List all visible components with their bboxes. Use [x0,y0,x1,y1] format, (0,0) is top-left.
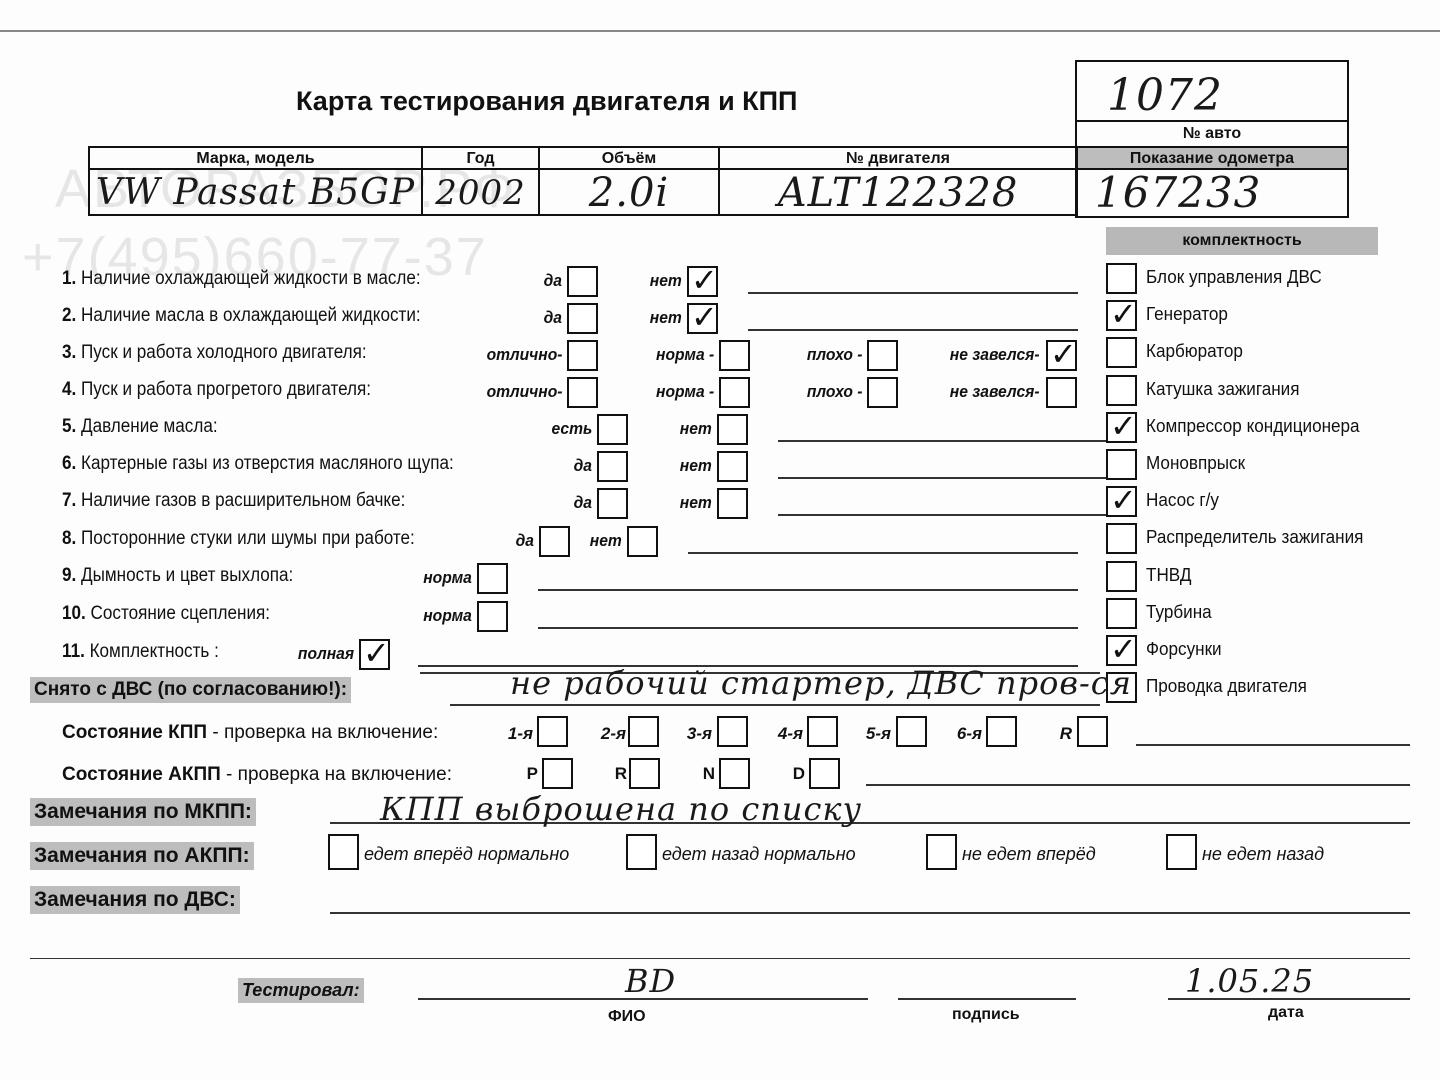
option-label: плохо - [806,382,862,402]
test-date[interactable]: 1.05.25 [1185,962,1314,1000]
option-checkbox[interactable] [1046,340,1077,371]
akpp-remarks-label: Замечания по АКПП: [30,842,254,870]
completeness-checkbox[interactable] [1106,412,1137,443]
gear-checkbox[interactable] [1077,716,1108,747]
question-7: 7. Наличие газов в расширительном бачке: [62,490,405,512]
question-6: 6. Картерные газы из отверстия масляного… [62,453,454,475]
engine-number-value[interactable]: ALT122328 [720,170,1076,216]
odometer-label: Показание одометра [1077,146,1347,170]
dvs-remarks-label: Замечания по ДВС: [30,886,240,914]
option-checkbox[interactable] [567,303,598,334]
option-checkbox[interactable] [597,488,628,519]
option-label: норма - [656,382,714,402]
notes-line[interactable] [538,627,1078,629]
option-checkbox[interactable] [1046,377,1077,408]
akpp-position-label: R [615,764,627,784]
option-label: нет [680,456,712,476]
option-label: норма [423,568,472,588]
kpp-label: Состояние КПП - проверка на включение: [62,722,438,744]
question-number: 8. [62,528,81,549]
gear-checkbox[interactable] [896,716,927,747]
auto-number-label: № авто [1077,120,1347,144]
akpp-position-checkbox[interactable] [542,758,573,789]
question-text: Комплектность : [90,641,219,662]
removed-line [450,704,1100,706]
option-label: не завелся- [950,345,1040,365]
volume-label: Объём [540,148,718,170]
completeness-checkbox[interactable] [1106,523,1137,554]
akpp-remark-checkbox[interactable] [1166,834,1197,870]
question-4: 4. Пуск и работа прогретого двигателя: [62,379,371,401]
gear-checkbox[interactable] [717,716,748,747]
question-5: 5. Давление масла: [62,416,218,438]
question-number: 9. [62,565,81,586]
question-number: 3. [62,342,81,363]
mkpp-remarks-value[interactable]: КПП выброшена по списку [380,790,862,828]
vehicle-header-table: Марка, модель VW Passat B5GP Год 2002 Об… [88,146,1078,216]
option-checkbox[interactable] [567,377,598,408]
question-text: Наличие газов в расширительном бачке: [81,490,405,511]
gear-label: R [1060,724,1072,744]
auto-info-box: 1072 № авто Показание одометра 167233 [1075,60,1349,218]
completeness-label: Генератор [1146,304,1228,325]
notes-line[interactable] [778,514,1106,516]
completeness-label: Турбина [1146,602,1212,623]
completeness-label: Распределитель зажигания [1146,527,1363,548]
question-text: Картерные газы из отверстия масляного щу… [81,453,454,474]
option-label: не завелся- [950,382,1040,402]
option-label: есть [551,419,592,439]
option-label: да [574,493,592,513]
removed-value[interactable]: не рабочий стартер, ДВС пров-ся [510,664,1132,702]
option-checkbox[interactable] [717,414,748,445]
option-label: да [516,531,534,551]
separator-line [30,958,1410,959]
completeness-label: Моновпрыск [1146,453,1245,474]
kpp-line [1136,744,1410,746]
akpp-position-label: D [793,764,805,784]
removed-label: Снято с ДВС (по согласованию!): [30,677,351,703]
gear-label: 3-я [687,724,712,744]
option-checkbox[interactable] [687,266,718,297]
notes-line[interactable] [748,329,1078,331]
gear-label: 1-я [508,724,533,744]
kpp-label-rest: - проверка на включение: [207,722,438,743]
question-10: 10. Состояние сцепления: [62,603,270,625]
notes-line[interactable] [778,440,1106,442]
option-checkbox[interactable] [477,563,508,594]
akpp-label-bold: Состояние АКПП [62,764,221,785]
engine-number-cell: № двигателя ALT122328 [720,148,1076,214]
option-label: норма - [656,345,714,365]
akpp-position-checkbox[interactable] [629,758,660,789]
page-title: Карта тестирования двигателя и КПП [296,86,797,117]
date-caption: дата [1268,1004,1304,1022]
completeness-checkbox[interactable] [1106,561,1137,592]
question-number: 2. [62,305,81,326]
option-checkbox[interactable] [687,303,718,334]
option-label: нет [680,493,712,513]
question-number: 11. [62,641,90,662]
option-label: полная [298,644,354,664]
akpp-remark-label: едет назад нормально [662,844,856,865]
volume-value[interactable]: 2.0i [540,170,718,216]
top-rule [0,30,1440,32]
dvs-remarks-line[interactable] [330,912,1410,914]
completeness-checkbox[interactable] [1106,263,1137,294]
year-value[interactable]: 2002 [423,170,538,216]
option-label: да [544,271,562,291]
question-text: Давление масла: [81,416,218,437]
question-number: 1. [62,268,81,289]
akpp-position-label: N [703,764,715,784]
notes-line[interactable] [778,477,1106,479]
option-label: отлично- [486,345,562,365]
notes-line[interactable] [538,589,1078,591]
option-label: нет [650,308,682,328]
completeness-label: ТНВД [1146,565,1191,586]
question-number: 4. [62,379,81,400]
option-label: плохо - [806,345,862,365]
question-text: Состояние сцепления: [91,603,270,624]
option-checkbox[interactable] [717,488,748,519]
mkpp-remarks-label: Замечания по МКПП: [30,798,256,826]
question-9: 9. Дымность и цвет выхлопа: [62,565,293,587]
completeness-label: Компрессор кондиционера [1146,416,1360,437]
question-3: 3. Пуск и работа холодного двигателя: [62,342,367,364]
akpp-line [866,784,1410,786]
akpp-position-label: P [527,764,538,784]
name-caption: ФИО [608,1008,646,1026]
question-text: Пуск и работа прогретого двигателя: [81,379,371,400]
engine-number-label: № двигателя [720,148,1076,170]
completeness-label: Форсунки [1146,639,1222,660]
option-checkbox[interactable] [627,526,658,557]
question-11: 11. Комплектность : [62,641,219,663]
akpp-label: Состояние АКПП - проверка на включение: [62,764,452,786]
question-1: 1. Наличие охлаждающей жидкости в масле: [62,268,421,290]
question-text: Дымность и цвет выхлопа: [81,565,293,586]
completeness-checkbox[interactable] [1106,486,1137,517]
akpp-remark-label: не едет вперёд [962,844,1096,865]
question-number: 10. [62,603,91,624]
question-text: Наличие масла в охлаждающей жидкости: [81,305,421,326]
question-number: 5. [62,416,81,437]
question-text: Посторонние стуки или шумы при работе: [81,528,415,549]
option-checkbox[interactable] [567,266,598,297]
option-label: норма [423,606,472,626]
auto-number[interactable]: 1072 [1107,70,1223,121]
completeness-label: Проводка двигателя [1146,676,1307,697]
gear-label: 5-я [866,724,891,744]
akpp-label-rest: - проверка на включение: [221,764,452,785]
notes-line[interactable] [748,292,1078,294]
option-checkbox[interactable] [597,451,628,482]
gear-label: 4-я [778,724,803,744]
akpp-position-checkbox[interactable] [809,758,840,789]
option-checkbox[interactable] [359,639,390,670]
completeness-label: Катушка зажигания [1146,379,1299,400]
option-label: нет [650,271,682,291]
completeness-label: Насос г/у [1146,490,1219,511]
option-checkbox[interactable] [539,526,570,557]
option-label: отлично- [486,382,562,402]
gear-label: 6-я [957,724,982,744]
gear-checkbox[interactable] [537,716,568,747]
option-checkbox[interactable] [597,414,628,445]
make-model-label: Марка, модель [90,148,421,170]
akpp-remark-checkbox[interactable] [328,834,359,870]
option-checkbox[interactable] [477,601,508,632]
question-2: 2. Наличие масла в охлаждающей жидкости: [62,305,421,327]
signature-caption: подпись [952,1006,1020,1024]
akpp-remark-checkbox[interactable] [626,834,657,870]
completeness-checkbox[interactable] [1106,337,1137,368]
gear-checkbox[interactable] [986,716,1017,747]
completeness-label: Блок управления ДВС [1146,267,1322,288]
tested-by-label: Тестировал: [238,978,364,1003]
make-model-cell: Марка, модель VW Passat B5GP [90,148,423,214]
completeness-checkbox[interactable] [1106,598,1137,629]
akpp-position-checkbox[interactable] [719,758,750,789]
volume-cell: Объём 2.0i [540,148,720,214]
kpp-label-bold: Состояние КПП [62,722,207,743]
year-cell: Год 2002 [423,148,540,214]
option-checkbox[interactable] [719,377,750,408]
akpp-remark-checkbox[interactable] [926,834,957,870]
question-8: 8. Посторонние стуки или шумы при работе… [62,528,415,550]
gear-label: 2-я [601,724,626,744]
question-text: Наличие охлаждающей жидкости в масле: [81,268,421,289]
option-checkbox[interactable] [867,377,898,408]
option-label: нет [590,531,622,551]
completeness-checkbox[interactable] [1106,635,1137,666]
option-checkbox[interactable] [567,340,598,371]
tester-name[interactable]: BD [625,962,676,1000]
akpp-remark-label: не едет назад [1202,844,1324,865]
option-label: да [544,308,562,328]
option-label: нет [680,419,712,439]
option-checkbox[interactable] [717,451,748,482]
akpp-remark-label: едет вперёд нормально [364,844,569,865]
odometer-value[interactable]: 167233 [1095,168,1261,217]
completeness-checkbox[interactable] [1106,300,1137,331]
option-checkbox[interactable] [719,340,750,371]
gear-checkbox[interactable] [807,716,838,747]
question-number: 7. [62,490,81,511]
completeness-label: Карбюратор [1146,341,1243,362]
question-text: Пуск и работа холодного двигателя: [81,342,367,363]
completeness-header: комплектность [1106,227,1378,255]
signature-line[interactable] [898,998,1076,1000]
question-number: 6. [62,453,81,474]
notes-line[interactable] [688,552,1078,554]
completeness-checkbox[interactable] [1106,375,1137,406]
year-label: Год [423,148,538,170]
option-checkbox[interactable] [867,340,898,371]
gear-checkbox[interactable] [628,716,659,747]
option-label: да [574,456,592,476]
make-model-value[interactable]: VW Passat B5GP [90,170,421,216]
completeness-checkbox[interactable] [1106,449,1137,480]
